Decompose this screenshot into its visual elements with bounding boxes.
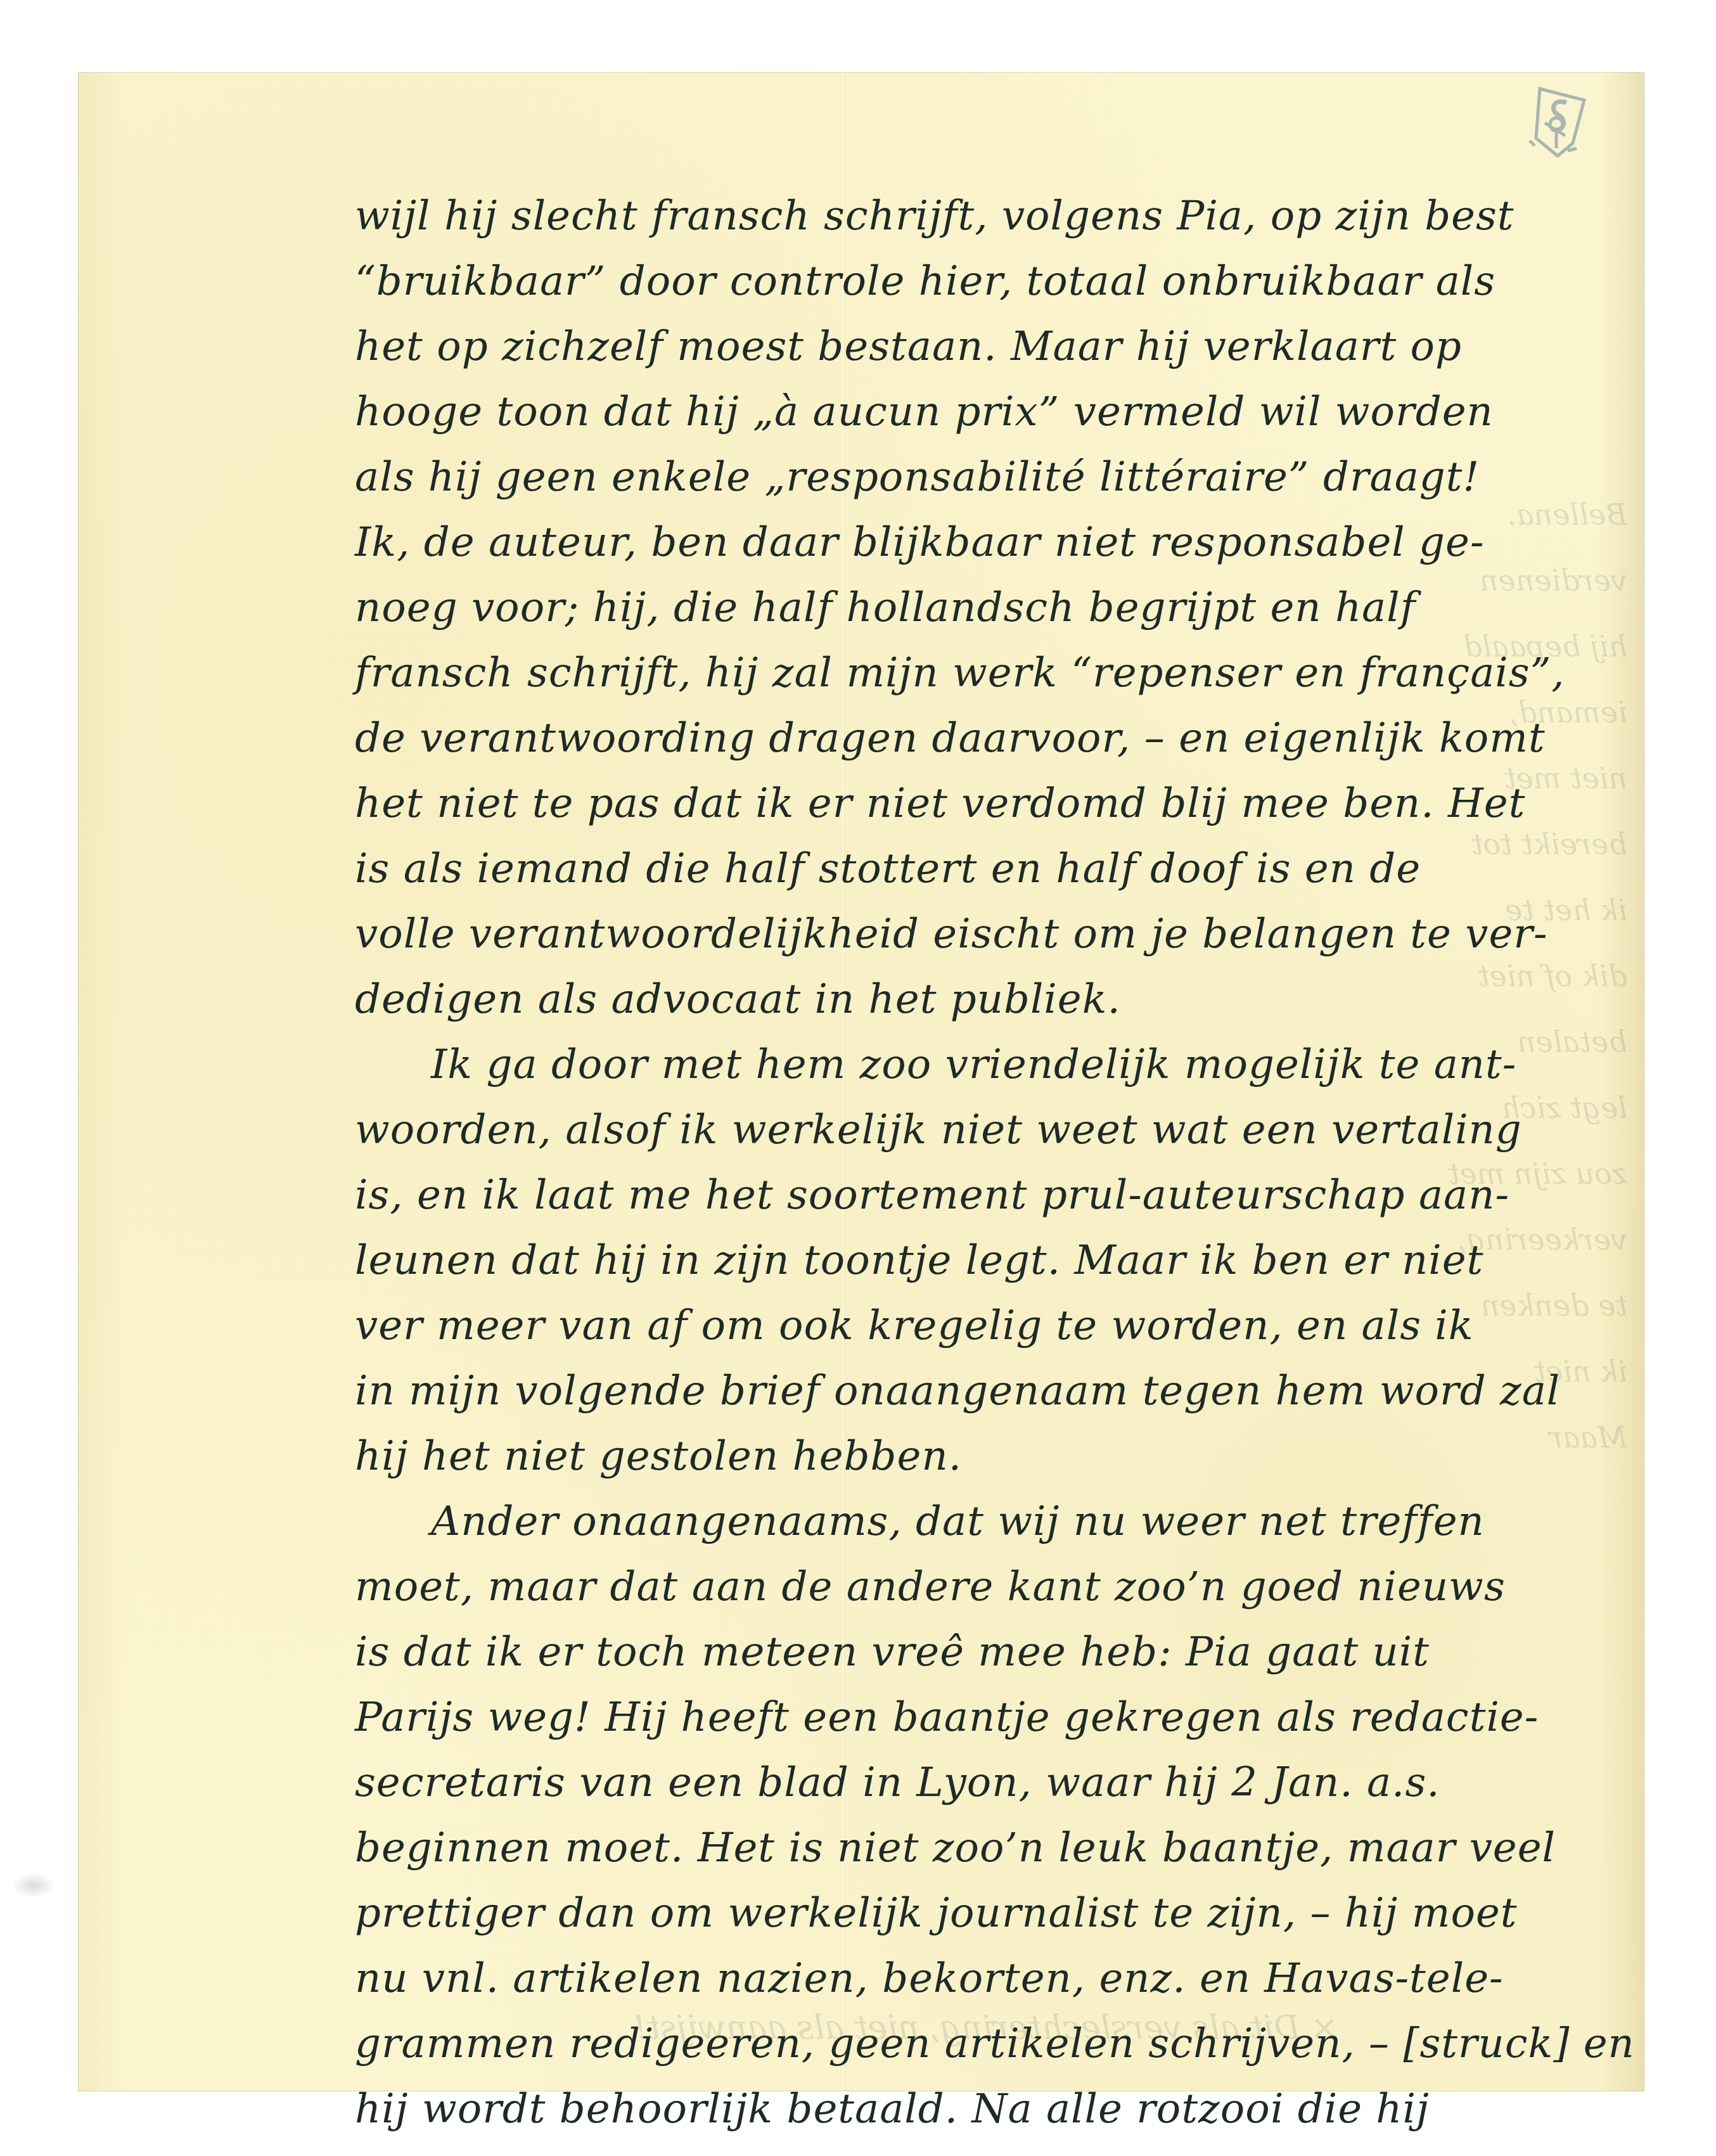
paragraph-3: Ander onaangenaams, dat wij nu weer net …: [355, 1489, 1622, 2142]
letter-line: is, en ik laat me het soortement prul-au…: [355, 1163, 1622, 1228]
paragraph-2: Ik ga door met hem zoo vriendelijk mogel…: [355, 1032, 1622, 1489]
letter-line: de verantwoording dragen daarvoor, – en …: [355, 706, 1622, 771]
scan-smudge: [11, 1873, 56, 1898]
letter-body: wijl hij slecht fransch schrijft, volgen…: [355, 184, 1622, 2142]
letter-line: Ik ga door met hem zoo vriendelijk mogel…: [355, 1032, 1622, 1098]
letter-line: leunen dat hij in zijn toontje legt. Maa…: [355, 1228, 1622, 1293]
letter-line: is dat ik er toch meteen vreê mee heb: P…: [355, 1620, 1622, 1685]
paragraph-1: wijl hij slecht fransch schrijft, volgen…: [355, 184, 1622, 1032]
letter-line: grammen redigeeren, geen artikelen schri…: [355, 2012, 1622, 2077]
letter-line: dedigen als advocaat in het publiek.: [355, 967, 1622, 1032]
letter-line: het niet te pas dat ik er niet verdomd b…: [355, 771, 1622, 837]
letter-line: volle verantwoordelijkheid eischt om je …: [355, 902, 1622, 967]
letter-line: noeg voor; hij, die half hollandsch begr…: [355, 575, 1622, 641]
letter-line: hooge toon dat hij „à aucun prix” vermel…: [355, 380, 1622, 445]
letter-line: moet, maar dat aan de andere kant zoo’n …: [355, 1555, 1622, 1620]
letter-line: wijl hij slecht fransch schrijft, volgen…: [355, 184, 1622, 249]
letter-line: als hij geen enkele „responsabilité litt…: [355, 445, 1622, 510]
letter-line: beginnen moet. Het is niet zoo’n leuk ba…: [355, 1816, 1622, 1881]
letter-line: prettiger dan om werkelijk journalist te…: [355, 1881, 1622, 1946]
letter-line: hij wordt behoorlijk betaald. Na alle ro…: [355, 2077, 1622, 2142]
letter-line: nu vnl. artikelen nazien, bekorten, enz.…: [355, 1946, 1622, 2012]
letter-line: woorden, alsof ik werkelijk niet weet wa…: [355, 1098, 1622, 1163]
letter-line: Parijs weg! Hij heeft een baantje gekreg…: [355, 1685, 1622, 1750]
letter-line: in mijn volgende brief onaangenaam tegen…: [355, 1359, 1622, 1424]
letter-line: fransch schrijft, hij zal mijn werk “rep…: [355, 641, 1622, 706]
letter-line: secretaris van een blad in Lyon, waar hi…: [355, 1750, 1622, 1816]
letter-line: Ik, de auteur, ben daar blijkbaar niet r…: [355, 510, 1622, 575]
letter-line: Ander onaangenaams, dat wij nu weer net …: [355, 1489, 1622, 1555]
shield-monogram-stamp-icon: [1526, 85, 1589, 161]
letter-line: is als iemand die half stottert en half …: [355, 837, 1622, 902]
letter-line: hij het niet gestolen hebben.: [355, 1424, 1622, 1489]
letter-line: ver meer van af om ook kregelig te worde…: [355, 1293, 1622, 1359]
letter-line: “bruikbaar” door controle hier, totaal o…: [355, 249, 1622, 314]
letter-line: het op zichzelf moest bestaan. Maar hij …: [355, 314, 1622, 380]
